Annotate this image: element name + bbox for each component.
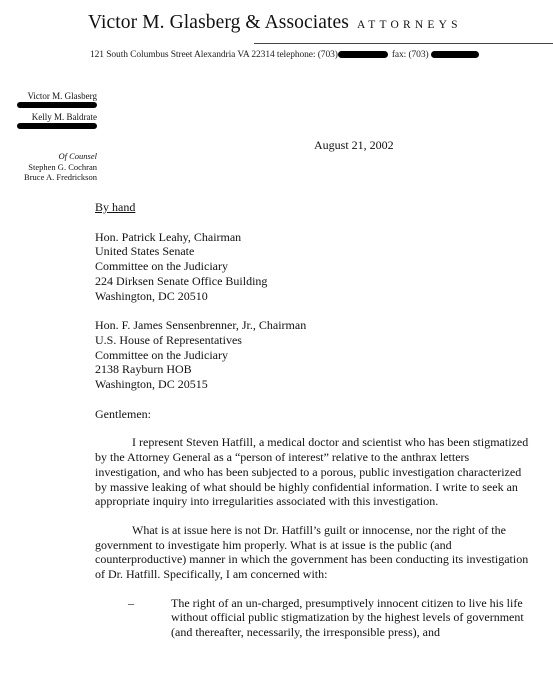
firm-tag: ATTORNEYS [357, 19, 462, 31]
salutation: Gentlemen: [95, 407, 535, 422]
address-line: Committee on the Judiciary [95, 348, 535, 363]
letter-body: By hand Hon. Patrick Leahy, Chairman Uni… [95, 200, 535, 640]
dash-marker: – [128, 596, 134, 611]
address-line: Hon. F. James Sensenbrenner, Jr., Chairm… [95, 318, 535, 333]
bullet-item: – The right of an un-charged, presumptiv… [95, 596, 535, 640]
recipient-address: Hon. F. James Sensenbrenner, Jr., Chairm… [95, 318, 535, 392]
address-line: Washington, DC 20510 [95, 289, 535, 304]
address-line: 224 Dirksen Senate Office Building [95, 274, 535, 289]
firm-name-text: Victor M. Glasberg & Associates [88, 12, 349, 33]
firm-name: Victor M. Glasberg & AssociatesATTORNEYS [88, 12, 462, 34]
address-text: 121 South Columbus Street Alexandria VA … [90, 50, 338, 60]
redacted-fax [431, 51, 479, 58]
recipient-address: Hon. Patrick Leahy, Chairman United Stat… [95, 230, 535, 304]
address-line: U.S. House of Representatives [95, 333, 535, 348]
firm-address: 121 South Columbus Street Alexandria VA … [90, 50, 479, 60]
address-line: 2138 Rayburn HOB [95, 362, 535, 377]
counsel-name: Stephen G. Cochran [0, 162, 97, 173]
address-line: United States Senate [95, 244, 535, 259]
bullet-text: The right of an un-charged, presumptivel… [171, 596, 524, 639]
partner-name: Victor M. Glasberg [17, 91, 97, 101]
letter-date: August 21, 2002 [314, 138, 394, 153]
address-line: Committee on the Judiciary [95, 259, 535, 274]
paragraph: What is at issue here is not Dr. Hatfill… [95, 523, 535, 582]
address-line: Washington, DC 20515 [95, 377, 535, 392]
fax-label: fax: (703) [392, 50, 429, 60]
partner-list: Victor M. Glasberg Kelly M. Baldrate [17, 91, 97, 133]
redaction-bar [17, 102, 97, 108]
delivery-method: By hand [95, 200, 535, 215]
redaction-bar [17, 123, 97, 129]
of-counsel-list: Of Counsel Stephen G. Cochran Bruce A. F… [0, 151, 97, 183]
counsel-name: Bruce A. Fredrickson [0, 172, 97, 183]
of-counsel-label: Of Counsel [0, 151, 97, 162]
partner-name: Kelly M. Baldrate [17, 112, 97, 122]
address-line: Hon. Patrick Leahy, Chairman [95, 230, 535, 245]
redacted-phone [338, 51, 388, 58]
header-rule [254, 43, 553, 44]
paragraph: I represent Steven Hatfill, a medical do… [95, 435, 535, 509]
